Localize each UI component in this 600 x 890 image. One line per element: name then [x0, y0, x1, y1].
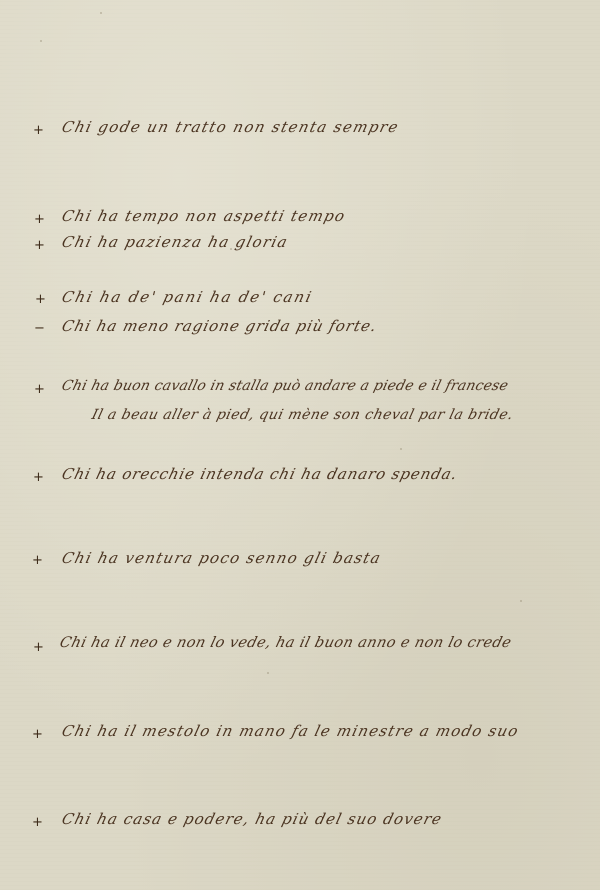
proverb-line: Chi ha il mestolo in mano fa le minestre… [60, 722, 521, 740]
entry-mark: + [33, 640, 44, 655]
proverb-translation-line: Il a beau aller à pied, qui mène son che… [90, 407, 515, 423]
paper-fleck [267, 672, 269, 674]
proverb-line: Chi ha tempo non aspetti tempo [60, 207, 348, 225]
entry-mark: − [34, 321, 45, 336]
paper-fleck [100, 12, 102, 14]
proverb-line: Chi gode un tratto non stenta sempre [60, 118, 401, 136]
entry-mark: + [34, 238, 45, 253]
proverb-line: Chi ha il neo e non lo vede, ha il buon … [58, 635, 513, 651]
entry-mark: + [32, 553, 43, 568]
proverb-line: Chi ha de' pani ha de' cani [60, 288, 315, 306]
proverb-line: Chi ha buon cavallo in stalla può andare… [60, 378, 510, 394]
entry-mark: + [34, 382, 45, 397]
entry-mark: + [35, 292, 46, 307]
proverb-line: Chi ha pazienza ha gloria [60, 233, 290, 251]
proverb-line: Chi ha casa e podere, ha più del suo dov… [60, 810, 444, 828]
paper-fleck [40, 40, 42, 42]
proverb-line: Chi ha ventura poco senno gli basta [60, 549, 383, 567]
entry-mark: + [32, 815, 43, 830]
paper-fleck [400, 448, 402, 450]
entry-mark: + [32, 727, 43, 742]
proverb-line: Chi ha orecchie intenda chi ha danaro sp… [60, 465, 460, 483]
proverb-line: Chi ha meno ragione grida più forte. [60, 317, 379, 335]
entry-mark: + [33, 123, 44, 138]
manuscript-page: + Chi gode un tratto non stenta sempre +… [0, 0, 600, 890]
entry-mark: + [34, 212, 45, 227]
paper-fleck [520, 600, 522, 602]
entry-mark: + [33, 470, 44, 485]
